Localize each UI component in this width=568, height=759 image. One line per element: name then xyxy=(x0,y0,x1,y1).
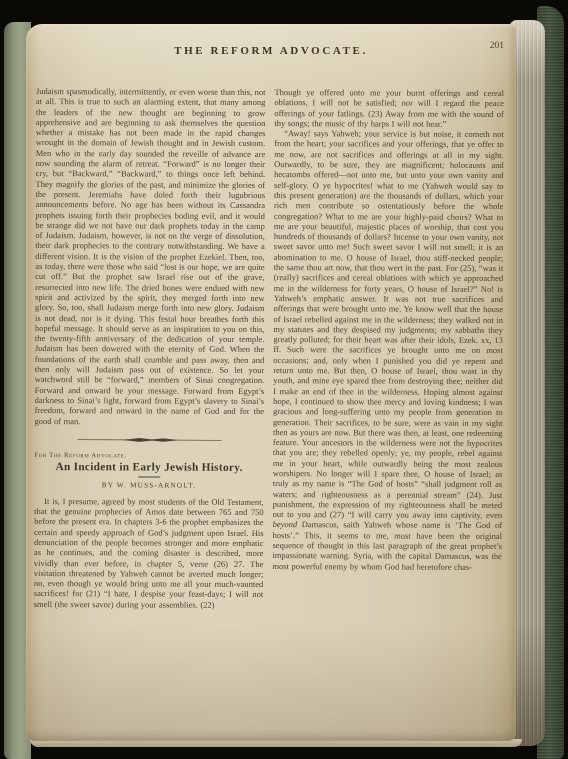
page-number: 201 xyxy=(490,41,504,51)
paragraph: “Away! says Yahweh; your service is but … xyxy=(272,128,503,572)
emphasized-word: beyond xyxy=(273,520,298,530)
paragraph-segment: Damascus, saith Yahweh whose name is ‘Th… xyxy=(272,520,502,572)
paragraph-segment: “Away! says Yahweh; your service is but … xyxy=(273,128,504,520)
title-rule xyxy=(138,476,160,477)
paragraph: Judaism spasmodically, intermittently, o… xyxy=(35,86,266,427)
paragraph: Though ye offered unto me your burnt off… xyxy=(274,87,504,129)
paragraph: It is, I presume, agreed by most student… xyxy=(34,496,264,610)
book-page: THE REFORM ADVOCATE. 201 Judaism spasmod… xyxy=(26,24,516,741)
article-title: An Incident in Early Jewish History. xyxy=(34,461,264,474)
right-column: Though ye offered unto me your burnt off… xyxy=(272,87,504,729)
journal-title: THE REFORM ADVOCATE. xyxy=(26,45,516,57)
article-kicker: For The Reform Advocate. xyxy=(34,452,264,460)
section-divider-ornament xyxy=(69,431,229,450)
text-columns: Judaism spasmodically, intermittently, o… xyxy=(33,86,504,729)
left-column: Judaism spasmodically, intermittently, o… xyxy=(33,86,265,728)
running-header: THE REFORM ADVOCATE. 201 xyxy=(26,45,516,60)
article-byline: BY W. MUSS-ARNOLT. xyxy=(34,481,264,490)
